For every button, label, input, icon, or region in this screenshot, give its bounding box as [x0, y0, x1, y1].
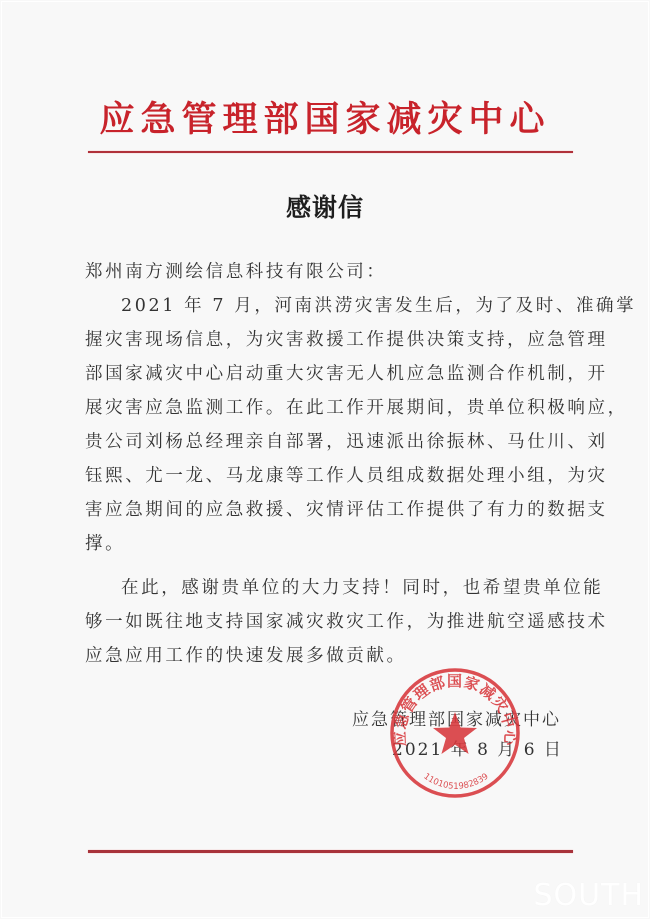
watermark-logo: SOUTH — [534, 878, 645, 913]
footer-divider — [88, 850, 573, 853]
letterhead-organization: 应急管理部国家减灾中心 — [0, 92, 650, 142]
paragraph-line: 钰熙、尤一龙、马龙康等工作人员组成数据处理小组，为灾 — [85, 459, 565, 493]
paragraph-line: 在此，感谢贵单位的大力支持！同时，也希望贵单位能 — [85, 571, 565, 605]
paragraph-line: 贵公司刘杨总经理亲自部署，迅速派出徐振林、马仕川、刘 — [85, 425, 565, 459]
salutation-text: 郑州南方测绘信息科技有限公司： — [85, 255, 565, 289]
salutation: 郑州南方测绘信息科技有限公司： — [85, 255, 565, 289]
star-icon — [433, 712, 477, 754]
paragraph-line: 2021 年 7 月，河南洪涝灾害发生后，为了及时、准确掌 — [85, 289, 565, 323]
paragraph-2: 在此，感谢贵单位的大力支持！同时，也希望贵单位能 够一如既往地支持国家减灾救灾工… — [85, 571, 565, 673]
paragraph-1: 2021 年 7 月，河南洪涝灾害发生后，为了及时、准确掌 握灾害现场信息，为灾… — [85, 289, 565, 561]
letterhead-divider — [88, 151, 573, 153]
document-title: 感谢信 — [0, 188, 650, 224]
paragraph-line: 握灾害现场信息，为灾害救援工作提供决策支持，应急管理 — [85, 323, 565, 357]
paragraph-line: 害应急期间的应急救援、灾情评估工作提供了有力的数据支 — [85, 493, 565, 527]
seal-code: 1101051982839 — [421, 772, 490, 792]
paragraph-line: 展灾害应急监测工作。在此工作开展期间，贵单位积极响应， — [85, 391, 565, 425]
paragraph-line: 撑。 — [85, 527, 565, 561]
letter-body: 郑州南方测绘信息科技有限公司： 2021 年 7 月，河南洪涝灾害发生后，为了及… — [85, 255, 565, 673]
official-seal: 应急管理部国家减灾中心 1101051982839 — [388, 666, 522, 800]
svg-text:1101051982839: 1101051982839 — [421, 772, 490, 792]
paragraph-line: 部国家减灾中心启动重大灾害无人机应急监测合作机制，开 — [85, 357, 565, 391]
paragraph-line: 够一如既往地支持国家减灾救灾工作，为推进航空遥感技术 — [85, 605, 565, 639]
